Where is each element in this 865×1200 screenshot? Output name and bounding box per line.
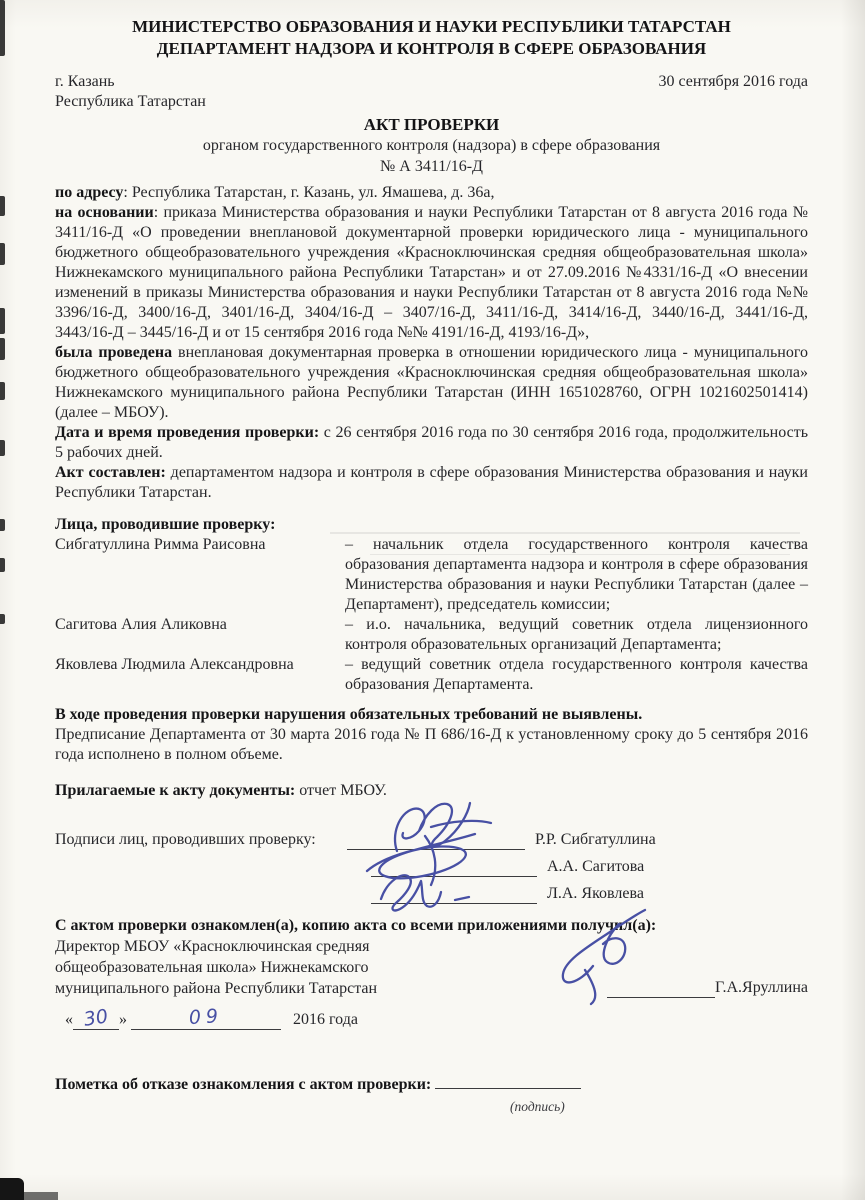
inspector-role: – ведущий советник отдела государственно… [345,655,808,695]
signatures-label: Подписи лиц, проводивших проверку: [55,830,347,850]
close-quote: » [119,1011,127,1028]
scan-artifact [0,614,5,624]
doc-subtitle: органом государственного контроля (надзо… [55,135,808,156]
signature-line [371,857,537,877]
doc-title: АКТ ПРОВЕРКИ [55,114,808,135]
paragraph-conducted: была проведена внеплановая документарная… [55,343,808,423]
signatory-name: Р.Р. Сибгатуллина [535,830,656,850]
paragraph-datetime: Дата и время проведения проверки: с 26 с… [55,423,808,463]
no-violations-statement: В ходе проведения проверки нарушения обя… [55,705,808,725]
attachments-label: Прилагаемые к акту документы: [55,782,295,799]
paragraph-composed: Акт составлен: департаментом надзора и к… [55,463,808,503]
findings-section: В ходе проведения проверки нарушения обя… [55,705,808,765]
doc-number: № А 3411/16-Д [55,156,808,177]
recipient-name: Г.А.Яруллина [715,978,808,998]
signature-line [371,884,537,904]
place-date-row: г. Казань 30 сентября 2016 года [55,72,808,92]
place-region: Республика Татарстан [55,92,808,112]
title-block: АКТ ПРОВЕРКИ органом государственного ко… [55,114,808,177]
scanned-document-page: МИНИСТЕРСТВО ОБРАЗОВАНИЯ И НАУКИ РЕСПУБЛ… [0,0,865,1200]
signature-row: Л.А. Яковлева [55,877,808,904]
inspector-name: Яковлева Людмила Александровна [55,655,345,695]
acknowledgement-heading: С актом проверки ознакомлен(а), копию ак… [55,916,808,936]
scan-artifact [0,243,5,265]
signatures-block: Подписи лиц, проводивших проверку: Р.Р. … [55,823,808,904]
basis-text: : приказа Министерства образования и нау… [55,204,808,341]
scan-artifact [0,440,5,456]
date-suffix: 2016 года [293,1011,358,1028]
day-blank-line: 30 [73,1009,119,1030]
scan-artifact [0,519,5,531]
signatory-name: А.А. Сагитова [547,857,644,877]
refusal-section: Пометка об отказе ознакомления с актом п… [55,1071,808,1117]
scan-artifact [0,382,5,400]
inspector-name: Сибгатуллина Римма Раисовна [55,535,345,615]
scan-artifact [0,196,5,216]
place-city: г. Казань [55,72,115,92]
document-content: МИНИСТЕРСТВО ОБРАЗОВАНИЯ И НАУКИ РЕСПУБЛ… [55,0,808,1117]
paragraph-address: по адресу: Республика Татарстан, г. Каза… [55,183,808,203]
org-name-line2: ДЕПАРТАМЕНТ НАДЗОРА И КОНТРОЛЯ В СФЕРЕ О… [55,38,808,60]
inspector-row: Сагитова Алия Аликовна – и.о. начальника… [55,615,808,655]
month-blank-line: 09 [131,1009,281,1030]
org-name-line1: МИНИСТЕРСТВО ОБРАЗОВАНИЯ И НАУКИ РЕСПУБЛ… [55,16,808,38]
document-date: 30 сентября 2016 года [658,72,808,92]
recipient-title: Директор МБОУ «Красноключинская средняя … [55,936,495,999]
signature-caption: (подпись) [510,1097,808,1117]
composed-label: Акт составлен: [55,464,166,481]
refusal-signature-line [435,1071,581,1089]
refusal-label: Пометка об отказе ознакомления с актом п… [55,1076,431,1093]
signature-row: А.А. Сагитова [55,850,808,877]
scan-artifact [0,0,5,56]
acknowledgement-date-line: «30» 09 2016 года [65,1009,808,1037]
signature-row: Подписи лиц, проводивших проверку: Р.Р. … [55,823,808,850]
attachments-line: Прилагаемые к акту документы: отчет МБОУ… [55,781,808,801]
scan-artifact [0,338,5,360]
letterhead: МИНИСТЕРСТВО ОБРАЗОВАНИЯ И НАУКИ РЕСПУБЛ… [55,0,808,60]
inspectors-section: Лица, проводившие проверку: Сибгатуллина… [55,515,808,695]
open-quote: « [65,1011,73,1028]
handwritten-month: 09 [188,1006,223,1028]
basis-label: на основании [55,204,154,221]
recipient-signature-row: Г.А.Яруллина [607,978,808,999]
recipient-line3: муниципального района Республики Татарст… [55,978,495,999]
acknowledgement-columns: Директор МБОУ «Красноключинская средняя … [55,936,808,999]
prescription-statement: Предписание Департамента от 30 марта 201… [55,725,808,765]
address-text: : Республика Татарстан, г. Казань, ул. Я… [123,184,494,201]
paragraph-basis: на основании: приказа Министерства образ… [55,203,808,343]
composed-text: департаментом надзора и контроля в сфере… [55,464,808,501]
inspector-row: Яковлева Людмила Александровна – ведущий… [55,655,808,695]
scan-artifact [24,1192,58,1200]
recipient-line1: Директор МБОУ «Красноключинская средняя [55,936,495,957]
recipient-line2: общеобразовательная школа» Нижнекамского [55,957,495,978]
inspector-name: Сагитова Алия Аликовна [55,615,345,655]
inspector-role: – начальник отдела государственного конт… [345,535,808,615]
signature-line [607,978,715,998]
address-label: по адресу [55,184,123,201]
signatory-name: Л.А. Яковлева [547,884,644,904]
conducted-label: была проведена [55,344,172,361]
acknowledgement-section: С актом проверки ознакомлен(а), копию ак… [55,916,808,1037]
handwritten-day: 30 [82,1006,109,1030]
scan-artifact [0,558,5,572]
inspector-role: – и.о. начальника, ведущий советник отде… [345,615,808,655]
datetime-label: Дата и время проведения проверки: [55,424,319,441]
inspector-row: Сибгатуллина Римма Раисовна – начальник … [55,535,808,615]
signature-line [347,830,525,850]
inspectors-heading: Лица, проводившие проверку: [55,515,808,535]
scan-artifact [0,1178,24,1200]
scan-artifact [0,308,5,334]
attachments-text: отчет МБОУ. [295,782,387,799]
